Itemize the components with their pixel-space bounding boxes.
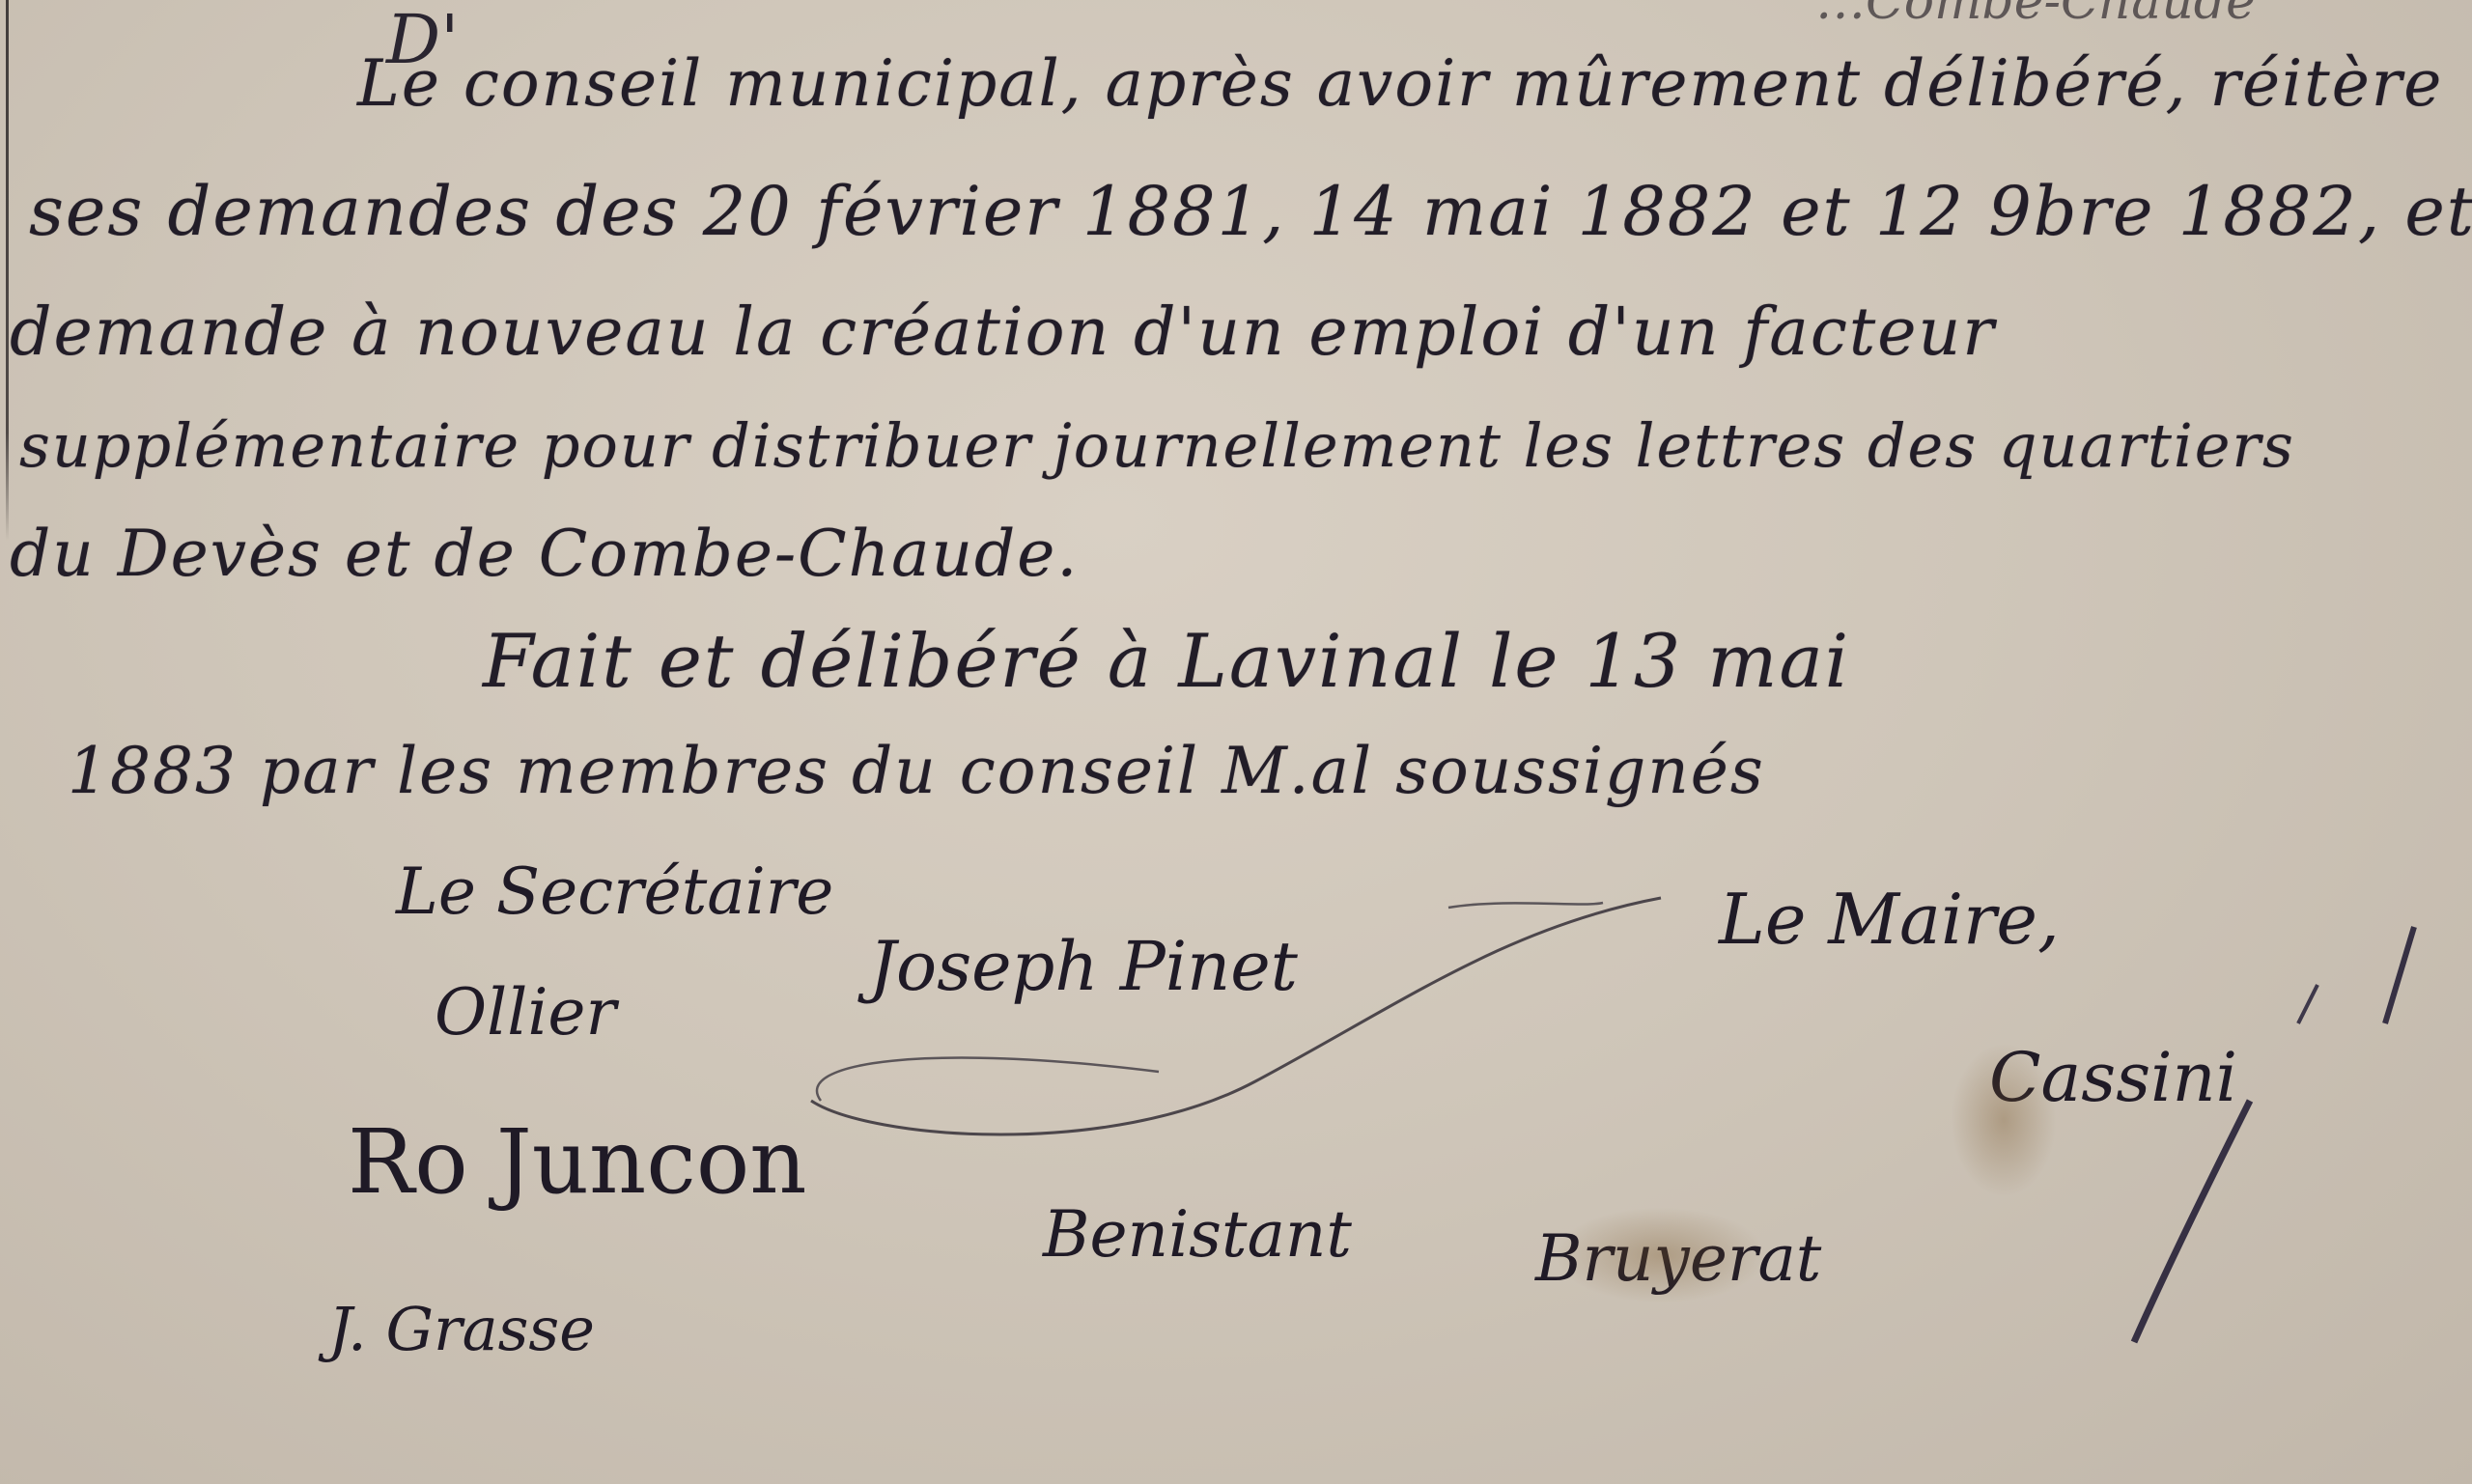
closing-line-2: 1883 par les membres du conseil M.al sou… <box>68 734 1765 808</box>
secretary-title: Le Secrétaire <box>396 854 833 929</box>
body-line-5: du Devès et de Combe-Chaude. <box>10 517 1079 591</box>
ink-stain <box>1951 1043 2057 1197</box>
page-left-edge <box>6 0 9 541</box>
signature-grasse: J. Grasse <box>328 1294 595 1364</box>
signature-benistant: Benistant <box>1043 1197 1352 1272</box>
signature-joseph-pinet: Joseph Pinet <box>869 927 1298 1006</box>
body-line-3: demande à nouveau la création d'un emplo… <box>10 294 1996 371</box>
document-page: …Combe-Chaude D' Le conseil municipal, a… <box>0 0 2472 1484</box>
secretary-signature: Ollier <box>435 975 616 1050</box>
mayor-title: Le Maire, <box>1719 879 2060 960</box>
body-line-2: ses demandes des 20 février 1881, 14 mai… <box>29 172 2472 251</box>
body-line-1: Le conseil municipal, après avoir mûreme… <box>357 46 2443 121</box>
top-partial-text: …Combe-Chaude <box>1815 0 2256 31</box>
body-line-4: supplémentaire pour distribuer journelle… <box>19 410 2295 481</box>
closing-line-1: Fait et délibéré à Lavinal le 13 mai <box>483 618 1850 704</box>
signature-juncon: Ro Juncon <box>348 1110 806 1214</box>
ink-stain <box>1555 1207 1767 1303</box>
